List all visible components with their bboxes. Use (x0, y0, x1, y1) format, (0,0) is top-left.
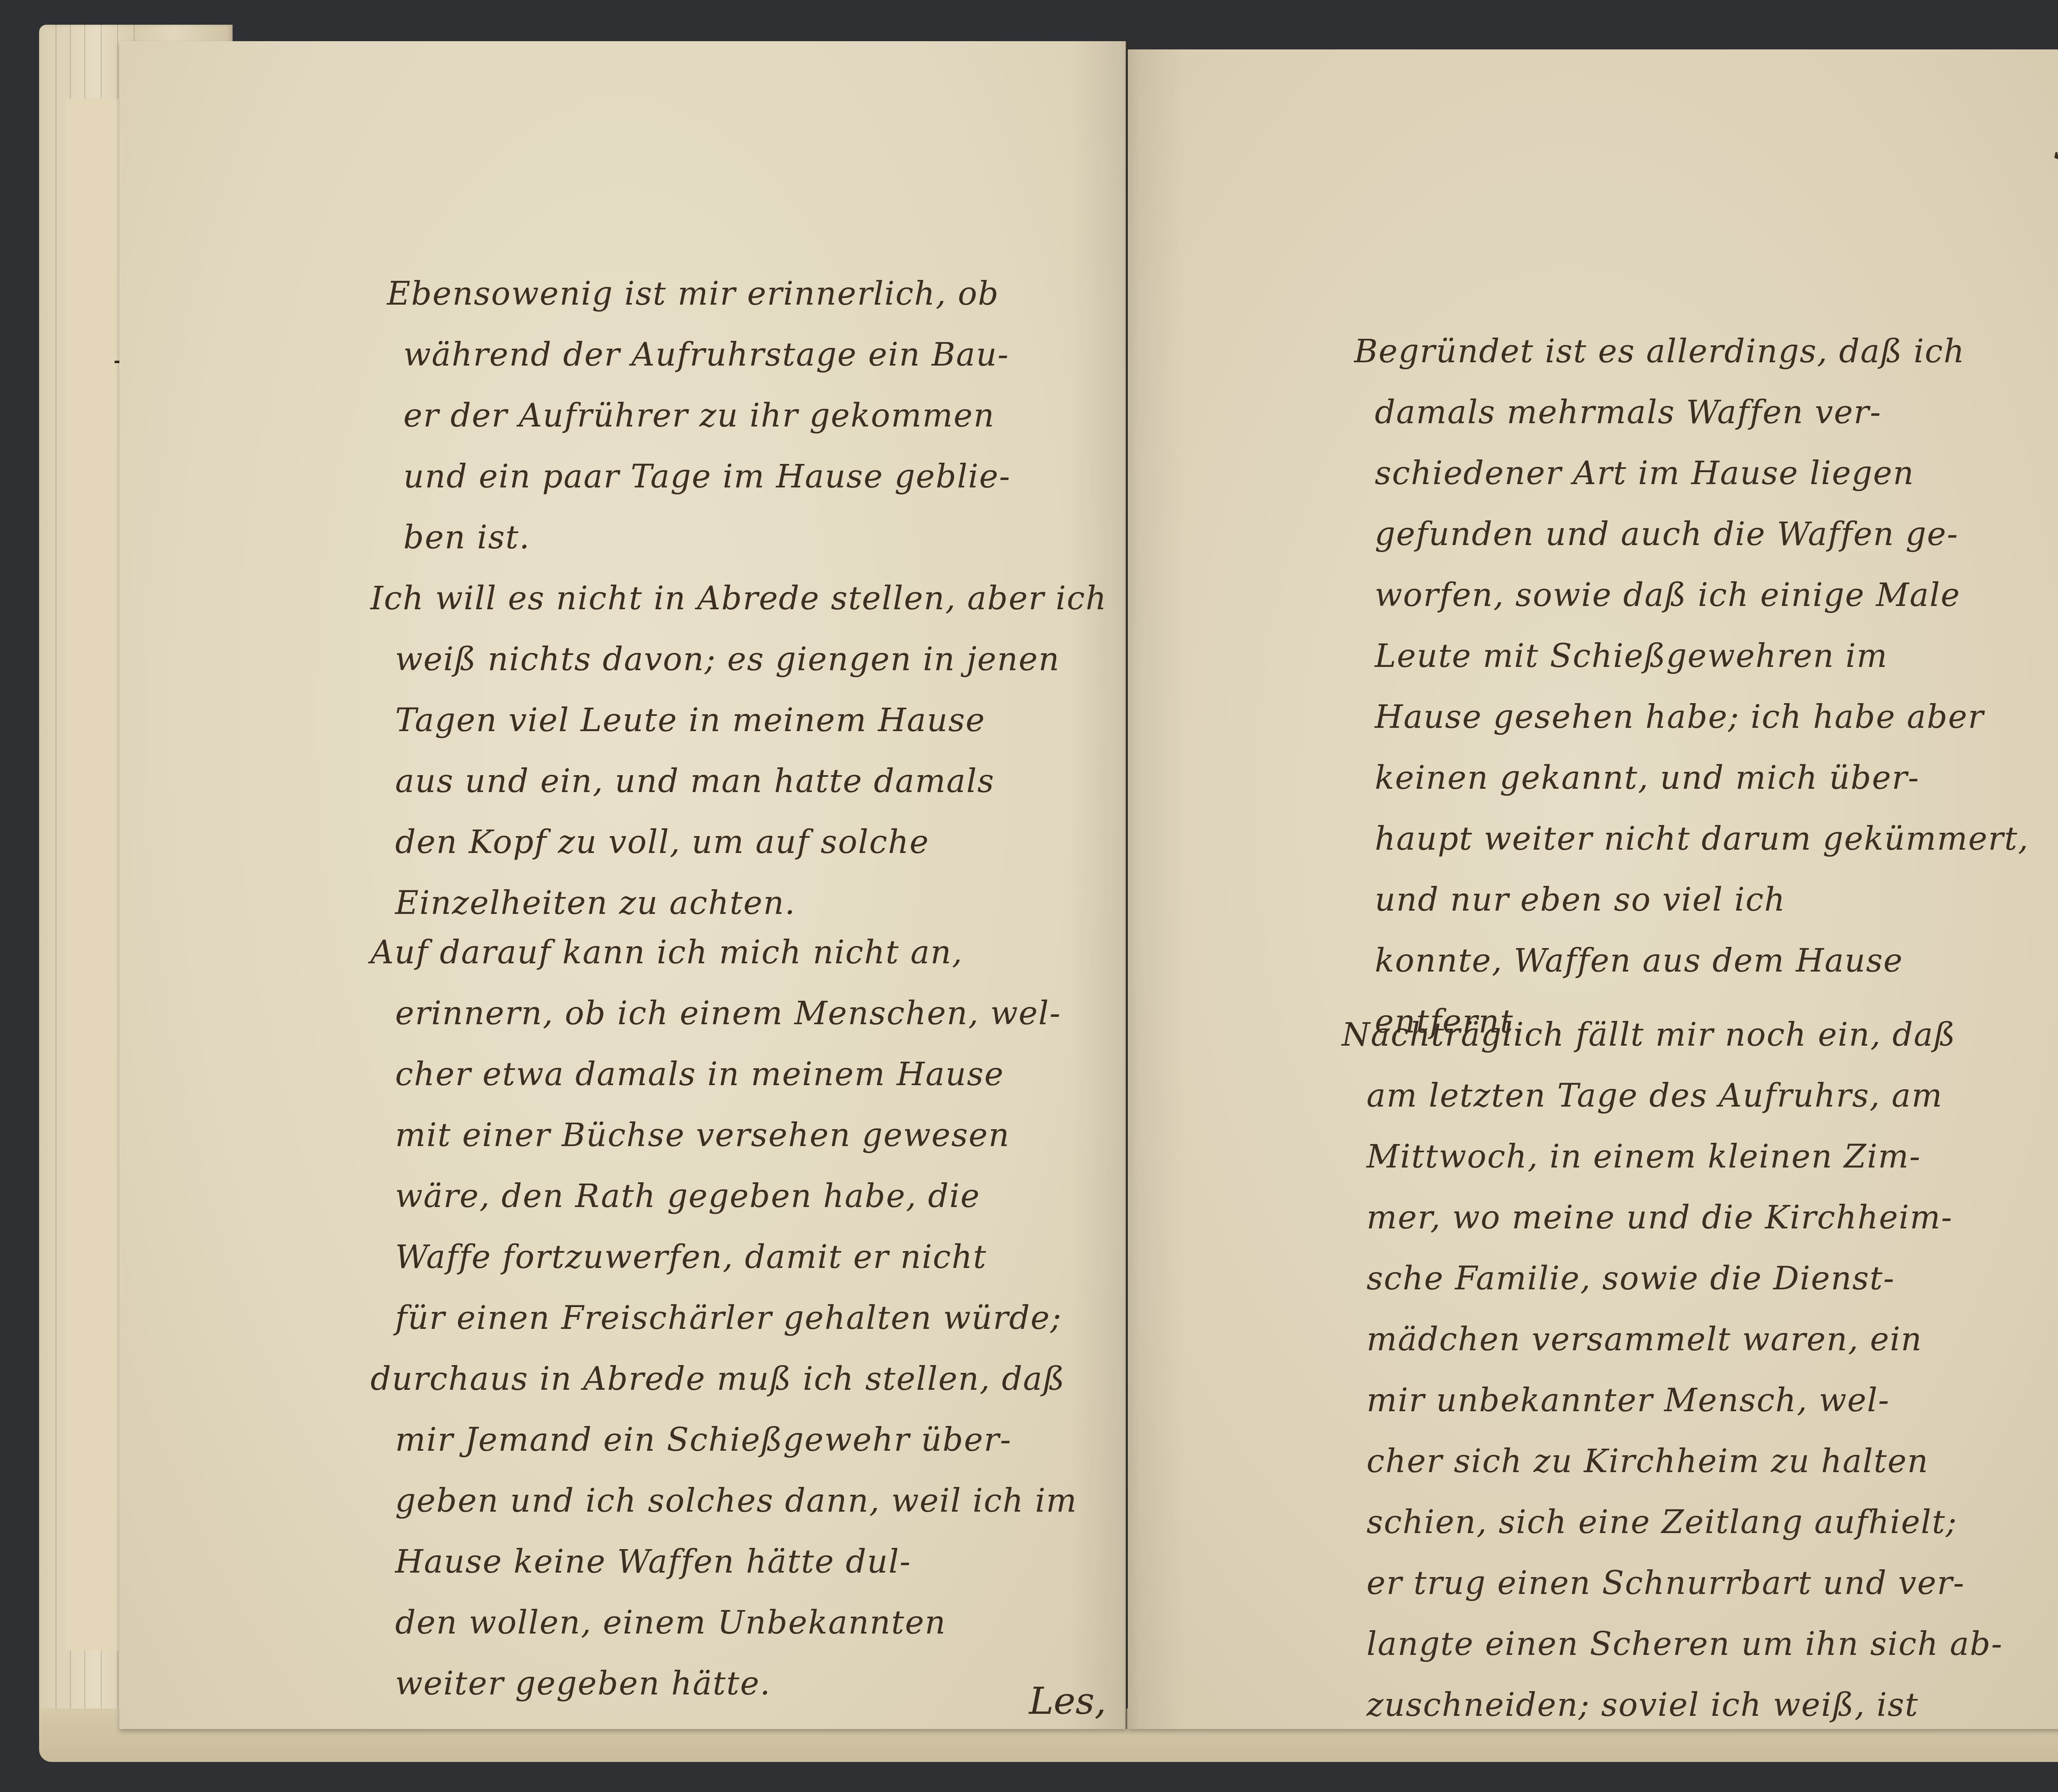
text-line: zuschneiden; soviel ich weiß, ist (1367, 1675, 2003, 1736)
paragraph: Begründet ist es allerdings, daß ich dam… (1354, 321, 2029, 1052)
leaf-edge (56, 25, 56, 1745)
paragraph: Ich will es nicht in Abrede stellen, abe… (370, 568, 1107, 934)
text-line: damals mehrmals Waffen ver- (1375, 382, 2029, 443)
text-line: Hause keine Waffen hätte dul- (395, 1531, 1078, 1592)
text-line: Waffe fortzuwerfen, damit er nicht (395, 1227, 1078, 1288)
text-line: den wollen, einem Unbekannten (395, 1592, 1078, 1653)
text-line: Begründet ist es allerdings, daß ich (1354, 321, 2029, 382)
text-line: worfen, sowie daß ich einige Male (1375, 565, 2029, 626)
text-line: langte einen Scheren um ihn sich ab- (1367, 1614, 2003, 1675)
text-line: keinen gekannt, und mich über- (1375, 748, 2029, 809)
text-line: Auf darauf kann ich mich nicht an, (370, 922, 1078, 983)
text-line: für einen Freischärler gehalten würde; (395, 1288, 1078, 1349)
text-line: weiter gegeben hätte. (395, 1653, 1078, 1714)
text-line: cher etwa damals in meinem Hause (395, 1044, 1078, 1105)
text-line: ben ist. (403, 507, 1011, 568)
text-line: konnte, Waffen aus dem Hause (1375, 930, 2029, 991)
text-line: mir Jemand ein Schießgewehr über- (395, 1410, 1078, 1470)
text-line: mir unbekannter Mensch, wel- (1367, 1370, 2003, 1431)
text-line: er der Aufrührer zu ihr gekommen (403, 385, 1011, 446)
text-line: Leute mit Schießgewehren im (1375, 626, 2029, 687)
text-line: durchaus in Abrede muß ich stellen, daß (370, 1349, 1078, 1410)
text-line: am letzten Tage des Aufruhrs, am (1367, 1065, 2003, 1126)
text-line: Tagen viel Leute in meinem Hause (395, 690, 1107, 751)
text-line: Mittwoch, in einem kleinen Zim- (1367, 1126, 2003, 1187)
paragraph: Ebensowenig ist mir erinnerlich, ob währ… (387, 263, 1011, 568)
text-line: weiß nichts davon; es giengen in jenen (395, 629, 1107, 690)
paragraph: Nachträglich fällt mir noch ein, daß am … (1342, 1004, 2003, 1736)
text-line: während der Aufruhrstage ein Bau- (403, 324, 1011, 385)
text-line: mädchen versammelt waren, ein (1367, 1309, 2003, 1370)
text-line: mer, wo meine und die Kirchheim- (1367, 1187, 2003, 1248)
text-line: er trug einen Schnurrbart und ver- (1367, 1553, 2003, 1614)
text-line: cher sich zu Kirchheim zu halten (1367, 1431, 2003, 1492)
text-line: haupt weiter nicht darum gekümmert, (1375, 809, 2029, 869)
catchword: Les, (1029, 1680, 1106, 1723)
text-line: sche Familie, sowie die Dienst- (1367, 1248, 2003, 1309)
folio-number: 30. (2054, 124, 2058, 169)
paragraph: Auf darauf kann ich mich nicht an, erinn… (370, 922, 1078, 1714)
text-line: und nur eben so viel ich (1375, 869, 2029, 930)
text-line: schien, sich eine Zeitlang aufhielt; (1367, 1492, 2003, 1553)
text-line: Hause gesehen habe; ich habe aber (1375, 687, 2029, 748)
text-line: gefunden und auch die Waffen ge- (1375, 504, 2029, 565)
text-line: erinnern, ob ich einem Menschen, wel- (395, 983, 1078, 1044)
text-line: Ich will es nicht in Abrede stellen, abe… (370, 568, 1107, 629)
right-page: 30. Begründet ist es allerdings, daß ich… (1128, 49, 2058, 1729)
text-line: aus und ein, und man hatte damals (395, 751, 1107, 812)
text-line: Nachträglich fällt mir noch ein, daß (1342, 1004, 2003, 1065)
text-line: geben und ich solches dann, weil ich im (395, 1470, 1078, 1531)
text-line: und ein paar Tage im Hause geblie- (403, 446, 1011, 507)
left-page: Ebensowenig ist mir erinnerlich, ob währ… (119, 41, 1127, 1729)
text-line: mit einer Büchse versehen gewesen (395, 1105, 1078, 1166)
text-line: Ebensowenig ist mir erinnerlich, ob (387, 263, 1011, 324)
text-line: wäre, den Rath gegeben habe, die (395, 1166, 1078, 1227)
text-line: schiedener Art im Hause liegen (1375, 443, 2029, 504)
text-line: den Kopf zu voll, um auf solche (395, 812, 1107, 873)
